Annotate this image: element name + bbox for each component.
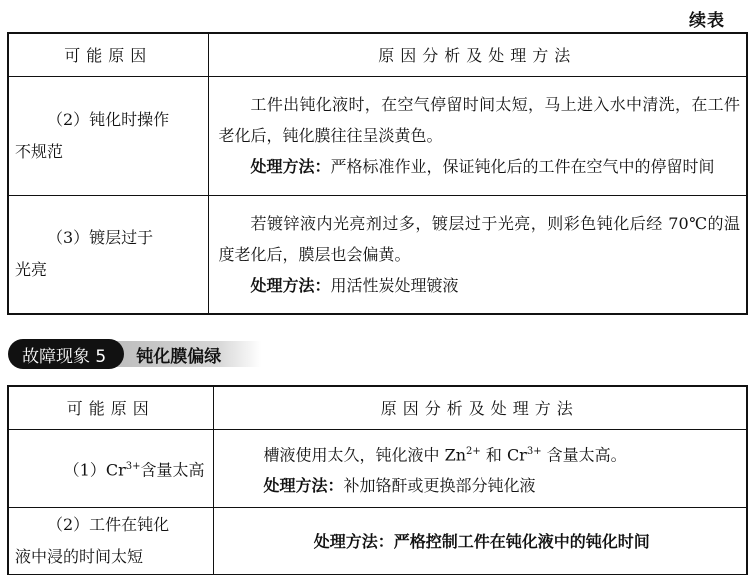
table-row: （3）镀层过于 光亮 若镀锌液内光亮剂过多，镀层过于光亮，则彩色钝化后经 70℃…: [8, 195, 747, 314]
cause-cell: （2）工件在钝化 液中浸的时间太短: [8, 507, 213, 575]
analysis-cell: 若镀锌液内光亮剂过多，镀层过于光亮，则彩色钝化后经 70℃的温度老化后，膜层也会…: [208, 195, 747, 314]
troubleshooting-table-1: 可能原因 原因分析及处理方法 （2）钝化时操作 不规范 工件出钝化液时，在空气停…: [7, 32, 748, 315]
table-row: （1）Cr3+含量太高 槽液使用太久，钝化液中 Zn2+ 和 Cr3+ 含量太高…: [8, 429, 747, 507]
fault-title: 钝化膜偏绿: [114, 341, 261, 367]
cause-cell: （2）钝化时操作 不规范: [8, 76, 208, 195]
analysis-cell: 工件出钝化液时，在空气停留时间太短，马上进入水中清洗，在工件老化后，钝化膜往往呈…: [208, 76, 747, 195]
header-analysis-method: 原因分析及处理方法: [208, 33, 747, 76]
method-text: 处理方法：严格标准作业，保证钝化后的工件在空气中的停留时间: [219, 151, 741, 182]
cause-cell: （1）Cr3+含量太高: [8, 429, 213, 507]
header-analysis-method: 原因分析及处理方法: [213, 386, 747, 429]
troubleshooting-table-2: 可能原因 原因分析及处理方法 （1）Cr3+含量太高 槽液使用太久，钝化液中 Z…: [7, 385, 748, 575]
cause-cell: （3）镀层过于 光亮: [8, 195, 208, 314]
continued-table-label: 续表: [689, 6, 725, 31]
method-text: 处理方法：补加铬酐或更换部分钝化液: [224, 470, 741, 501]
table-row: （2）钝化时操作 不规范 工件出钝化液时，在空气停留时间太短，马上进入水中清洗，…: [8, 76, 747, 195]
analysis-cell: 处理方法：严格控制工件在钝化液中的钝化时间: [213, 507, 747, 575]
header-possible-cause: 可能原因: [8, 386, 213, 429]
method-text: 处理方法：用活性炭处理镀液: [219, 270, 741, 301]
analysis-text: 工件出钝化液时，在空气停留时间太短，马上进入水中清洗，在工件老化后，钝化膜往往呈…: [219, 89, 741, 151]
analysis-cell: 槽液使用太久，钝化液中 Zn2+ 和 Cr3+ 含量太高。 处理方法：补加铬酐或…: [213, 429, 747, 507]
analysis-text: 若镀锌液内光亮剂过多，镀层过于光亮，则彩色钝化后经 70℃的温度老化后，膜层也会…: [219, 208, 741, 270]
method-text: 处理方法：严格控制工件在钝化液中的钝化时间: [224, 526, 741, 557]
fault-number-label: 故障现象 5: [8, 339, 124, 369]
table-header-row: 可能原因 原因分析及处理方法: [8, 386, 747, 429]
fault-section-banner: 故障现象 5 钝化膜偏绿: [8, 339, 261, 369]
table-header-row: 可能原因 原因分析及处理方法: [8, 33, 747, 76]
header-possible-cause: 可能原因: [8, 33, 208, 76]
table-row: （2）工件在钝化 液中浸的时间太短 处理方法：严格控制工件在钝化液中的钝化时间: [8, 507, 747, 575]
analysis-text: 槽液使用太久，钝化液中 Zn2+ 和 Cr3+ 含量太高。: [224, 436, 741, 470]
